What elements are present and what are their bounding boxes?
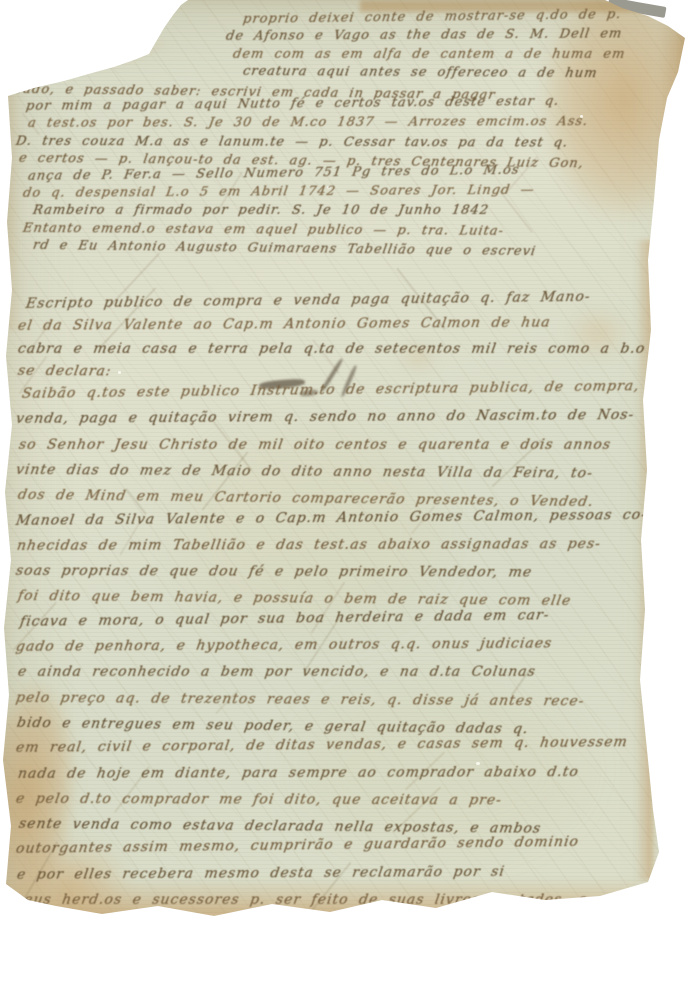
manuscript-page: proprio deixei conte de mostrar-se q.do … <box>0 0 693 994</box>
scanned-document: proprio deixei conte de mostrar-se q.do … <box>0 0 693 994</box>
paper-vignette <box>0 0 693 994</box>
